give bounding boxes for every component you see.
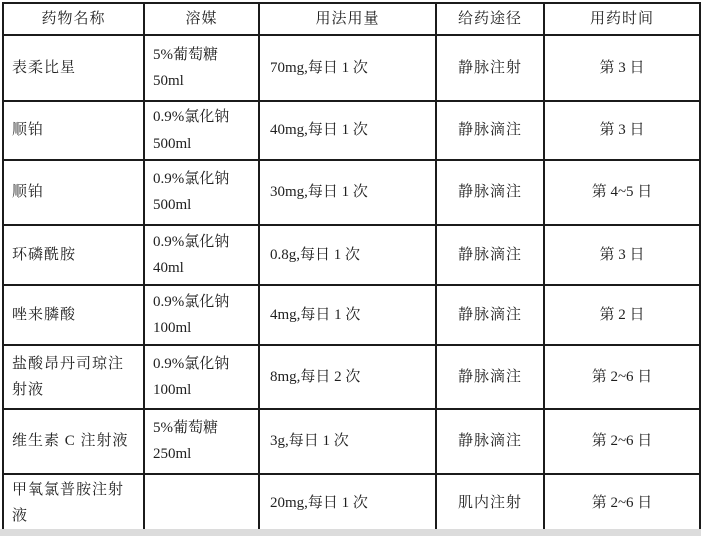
time-cell: 第 4~5 日	[544, 160, 700, 225]
time-cell: 第 2~6 日	[544, 409, 700, 474]
dosage-cell: 40mg,每日 1 次	[259, 101, 436, 160]
time-cell: 第 2~6 日	[544, 345, 700, 409]
table-row: 顺铂 0.9%氯化钠 500ml 30mg,每日 1 次 静脉滴注 第 4~5 …	[3, 160, 700, 225]
solvent-cell: 0.9%氯化钠 100ml	[144, 345, 259, 409]
header-time: 用药时间	[544, 3, 700, 35]
dosage-cell: 0.8g,每日 1 次	[259, 225, 436, 285]
drug-name-cell: 盐酸昂丹司琼注射液	[3, 345, 144, 409]
time-cell: 第 2 日	[544, 285, 700, 345]
drug-name-cell: 顺铂	[3, 160, 144, 225]
table-row: 甲氧氯普胺注射液 20mg,每日 1 次 肌内注射 第 2~6 日	[3, 474, 700, 533]
table-row: 表柔比星 5%葡萄糖 50ml 70mg,每日 1 次 静脉注射 第 3 日	[3, 35, 700, 101]
table-row: 唑来膦酸 0.9%氯化钠 100ml 4mg,每日 1 次 静脉滴注 第 2 日	[3, 285, 700, 345]
drug-name-cell: 表柔比星	[3, 35, 144, 101]
time-cell: 第 3 日	[544, 101, 700, 160]
route-cell: 静脉注射	[436, 35, 544, 101]
route-cell: 静脉滴注	[436, 160, 544, 225]
route-cell: 肌内注射	[436, 474, 544, 533]
header-drug-name: 药物名称	[3, 3, 144, 35]
drug-name-cell: 维生素 C 注射液	[3, 409, 144, 474]
route-cell: 静脉滴注	[436, 285, 544, 345]
drug-name-cell: 顺铂	[3, 101, 144, 160]
header-solvent: 溶媒	[144, 3, 259, 35]
solvent-cell: 0.9%氯化钠 500ml	[144, 160, 259, 225]
drug-name-cell: 唑来膦酸	[3, 285, 144, 345]
header-row: 药物名称 溶媒 用法用量 给药途径 用药时间	[3, 3, 700, 35]
header-dosage: 用法用量	[259, 3, 436, 35]
drug-name-cell: 环磷酰胺	[3, 225, 144, 285]
route-cell: 静脉滴注	[436, 225, 544, 285]
solvent-cell	[144, 474, 259, 533]
table-body: 表柔比星 5%葡萄糖 50ml 70mg,每日 1 次 静脉注射 第 3 日 顺…	[3, 35, 700, 532]
solvent-cell: 0.9%氯化钠 100ml	[144, 285, 259, 345]
time-cell: 第 3 日	[544, 35, 700, 101]
dosage-cell: 30mg,每日 1 次	[259, 160, 436, 225]
solvent-cell: 5%葡萄糖 250ml	[144, 409, 259, 474]
dosage-cell: 3g,每日 1 次	[259, 409, 436, 474]
header-route: 给药途径	[436, 3, 544, 35]
dosage-cell: 8mg,每日 2 次	[259, 345, 436, 409]
medication-schedule-table: 药物名称 溶媒 用法用量 给药途径 用药时间 表柔比星 5%葡萄糖 50ml 7…	[2, 2, 701, 533]
dosage-cell: 4mg,每日 1 次	[259, 285, 436, 345]
route-cell: 静脉滴注	[436, 345, 544, 409]
solvent-cell: 5%葡萄糖 50ml	[144, 35, 259, 101]
solvent-cell: 0.9%氯化钠 40ml	[144, 225, 259, 285]
table-row: 维生素 C 注射液 5%葡萄糖 250ml 3g,每日 1 次 静脉滴注 第 2…	[3, 409, 700, 474]
page-bottom-shadow	[0, 529, 701, 536]
drug-name-cell: 甲氧氯普胺注射液	[3, 474, 144, 533]
route-cell: 静脉滴注	[436, 101, 544, 160]
time-cell: 第 3 日	[544, 225, 700, 285]
time-cell: 第 2~6 日	[544, 474, 700, 533]
solvent-cell: 0.9%氯化钠 500ml	[144, 101, 259, 160]
table-row: 顺铂 0.9%氯化钠 500ml 40mg,每日 1 次 静脉滴注 第 3 日	[3, 101, 700, 160]
dosage-cell: 70mg,每日 1 次	[259, 35, 436, 101]
route-cell: 静脉滴注	[436, 409, 544, 474]
dosage-cell: 20mg,每日 1 次	[259, 474, 436, 533]
table-row: 盐酸昂丹司琼注射液 0.9%氯化钠 100ml 8mg,每日 2 次 静脉滴注 …	[3, 345, 700, 409]
table-row: 环磷酰胺 0.9%氯化钠 40ml 0.8g,每日 1 次 静脉滴注 第 3 日	[3, 225, 700, 285]
